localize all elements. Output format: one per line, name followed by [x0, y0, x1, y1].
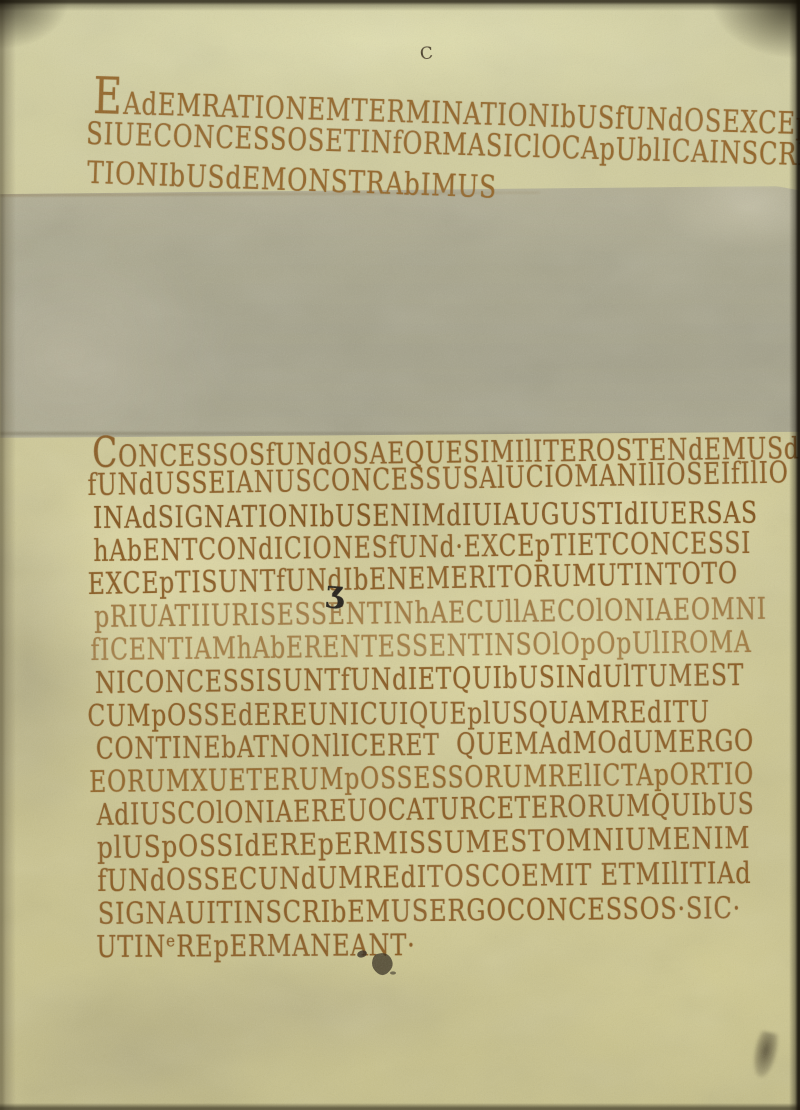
page-corner-top-left: [0, 0, 70, 50]
quire-mark: C: [419, 43, 434, 64]
page-edge-left: [0, 0, 16, 1110]
page-edge-bottom: [0, 1103, 800, 1110]
manuscript-page: C EAdEMRATIONEMTERMINATIONIbUSfUNdOSEXCE…: [0, 0, 800, 1110]
manuscript-line: fUNdUSSEIANUSCONCESSUSAlUCIOMANIlIOSEIfI…: [87, 459, 642, 502]
top-text-block: EAdEMRATIONEMTERMINATIONIbUSfUNdOSEXCEpT…: [91, 76, 796, 214]
edge-smudge: [749, 1030, 780, 1080]
erased-band: [0, 186, 800, 438]
manuscript-line: SIGNAUITINSCRIbEMUSERGOCONCESSOS·SIC·: [98, 893, 663, 931]
ink-blot: [348, 942, 412, 986]
manuscript-line: NICONCESSISUNTfUNdIETQUIbUSINdUlTUMEST: [95, 660, 646, 700]
page-corner-top-right: [710, 0, 800, 60]
correction-mark: ʒ: [325, 573, 345, 610]
lower-text-block: CONCESSOSfUNdOSAEQUESIMIlITEROSTENdEMUSd…: [92, 427, 800, 964]
page-edge-top: [0, 0, 800, 12]
